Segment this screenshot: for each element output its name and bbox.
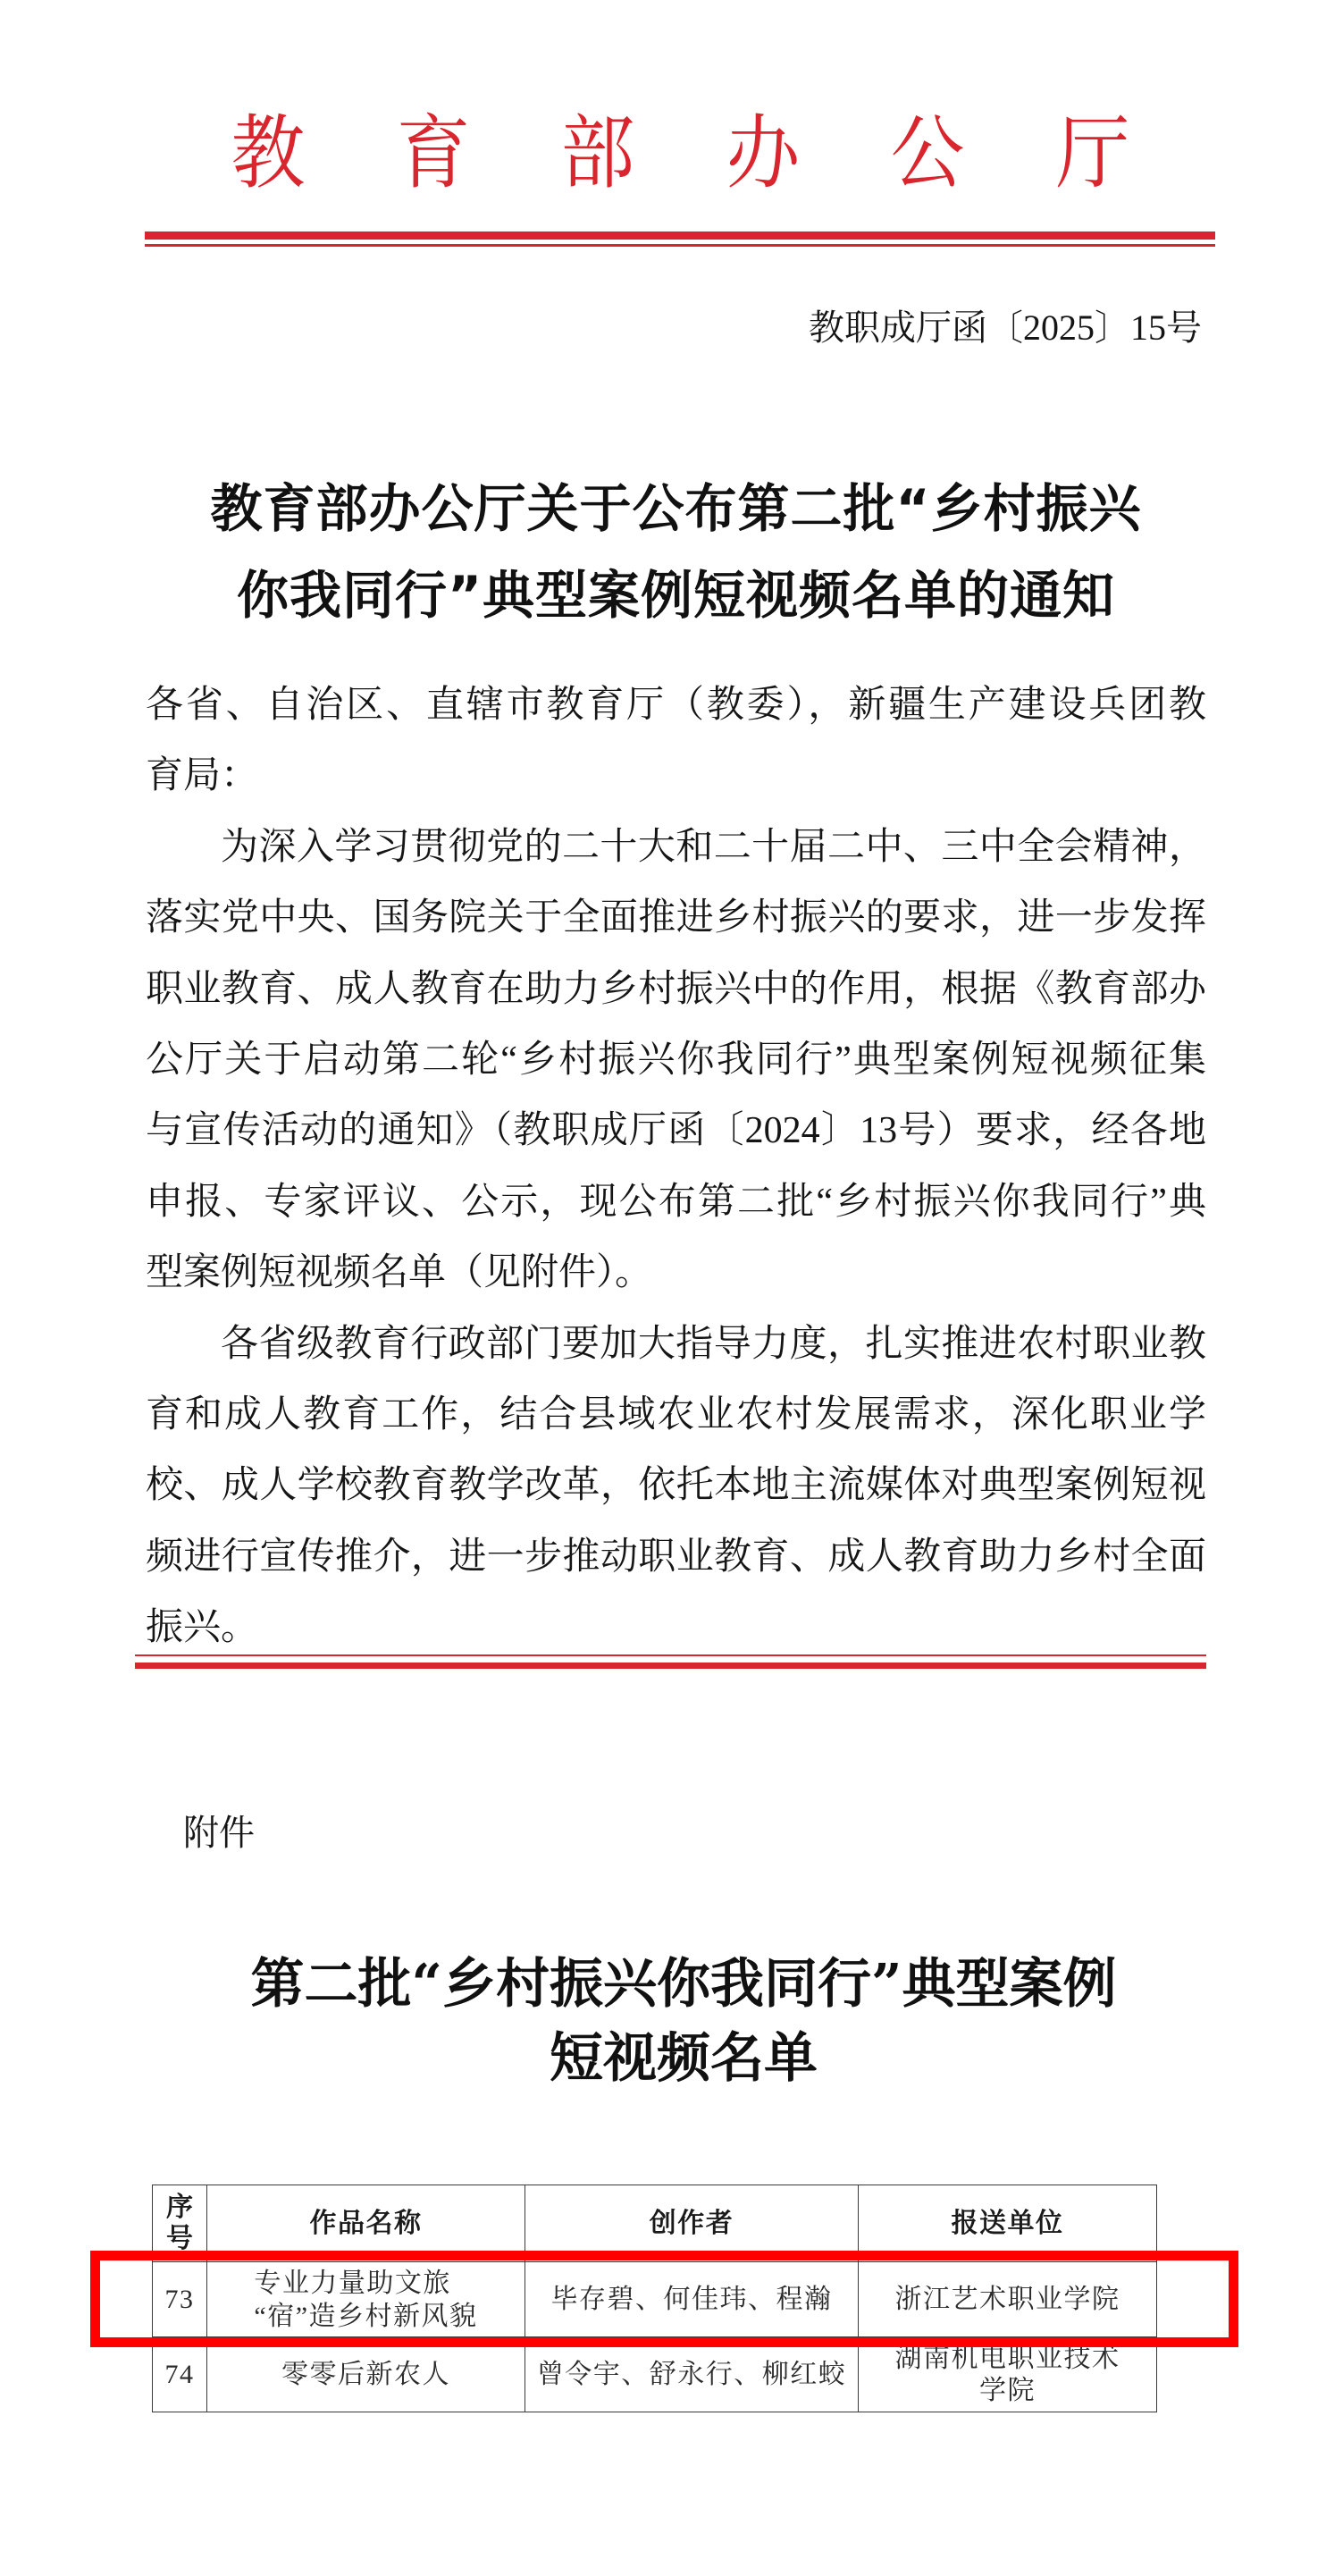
- paragraph-line: 公厅关于启动第二轮“乡村振兴你我同行”典型案例短视频征集: [146, 1025, 1206, 1096]
- column-header-title: 作品名称: [207, 2185, 525, 2262]
- cell-title-text: 零零后新农人: [281, 2358, 450, 2391]
- paragraph-line: 育和成人教育工作，结合县域农业农村发展需求，深化职业学: [146, 1380, 1206, 1451]
- attachment-title-line: 短视频名单: [134, 2022, 1233, 2096]
- column-header-creators: 创作者: [525, 2185, 859, 2262]
- cell-title: 零零后新农人: [207, 2337, 525, 2412]
- cell-creators: 毕存碧、何佳玮、程瀚: [525, 2262, 859, 2337]
- paragraph-line: 申报、专家评议、公示，现公布第二批“乡村振兴你我同行”典: [146, 1167, 1206, 1238]
- table-row: 73 专业力量助文旅 “宿”造乡村新风貌 毕存碧、何佳玮、程瀚 浙江艺术职业学院: [153, 2262, 1157, 2337]
- letterhead-rule-thin: [145, 244, 1215, 247]
- cell-unit-text: 浙江艺术职业学院: [895, 2284, 1120, 2316]
- footer-rule-thick: [135, 1663, 1206, 1669]
- paragraph-line: 校、成人学校教育教学改革，依托本地主流媒体对典型案例短视: [146, 1451, 1206, 1521]
- column-header-no: 序号: [153, 2185, 207, 2262]
- paragraph-line: 频进行宣传推介，进一步推动职业教育、成人教育助力乡村全面: [146, 1522, 1206, 1593]
- attachment-title: 第二批“乡村振兴你我同行”典型案例 短视频名单: [134, 1948, 1233, 2096]
- paragraph-line: 落实党中央、国务院关于全面推进乡村振兴的要求，进一步发挥: [146, 883, 1206, 954]
- letterhead-char: 教: [229, 105, 307, 203]
- cell-unit-text: 湖南机电职业技术 学院: [895, 2343, 1120, 2407]
- table-row: 74 零零后新农人 曾令宇、舒永行、柳红蛟 湖南机电职业技术 学院: [153, 2337, 1157, 2412]
- letterhead-char: 育: [393, 105, 472, 203]
- cell-no: 74: [153, 2337, 207, 2412]
- letterhead-char: 公: [888, 105, 967, 203]
- paragraph-line: 各省级教育行政部门要加大指导力度，扎实推进农村职业教: [146, 1309, 1206, 1380]
- attachment-title-line: 第二批“乡村振兴你我同行”典型案例: [134, 1948, 1233, 2022]
- notice-title-line: 你我同行”典型案例短视频名单的通知: [146, 552, 1206, 639]
- cell-creators: 曾令宇、舒永行、柳红蛟: [525, 2337, 859, 2412]
- letterhead-org-name: 教 育 部 办 公 厅: [225, 105, 1136, 203]
- salutation-line: 育局：: [146, 741, 1206, 812]
- paragraph-line: 职业教育、成人教育在助力乡村振兴中的作用，根据《教育部办: [146, 955, 1206, 1025]
- salutation-line: 各省、自治区、直辖市教育厅（教委），新疆生产建设兵团教: [146, 670, 1206, 741]
- cell-no: 73: [153, 2262, 207, 2337]
- document-number: 教职成厅函〔2025〕15号: [809, 307, 1202, 349]
- paragraph-line: 振兴。: [146, 1593, 1206, 1663]
- document-page: 教 育 部 办 公 厅 教职成厅函〔2025〕15号 教育部办公厅关于公布第二批…: [0, 0, 1326, 2576]
- table-header-row: 序号 作品名称 创作者 报送单位: [153, 2185, 1157, 2262]
- cell-unit: 浙江艺术职业学院: [859, 2262, 1157, 2337]
- paragraph-line: 型案例短视频名单（见附件）。: [146, 1238, 1206, 1309]
- letterhead-rule-thick: [145, 232, 1215, 240]
- footer-rule-thin: [135, 1654, 1206, 1656]
- letterhead-char: 办: [724, 105, 802, 203]
- attachment-label: 附件: [183, 1812, 255, 1855]
- paragraph-line: 为深入学习贯彻党的二十大和二十届二中、三中全会精神，: [146, 812, 1206, 883]
- paragraph-line: 与宣传活动的通知》（教职成厅函〔2024〕13号）要求，经各地: [146, 1096, 1206, 1166]
- cell-unit: 湖南机电职业技术 学院: [859, 2337, 1157, 2412]
- column-header-unit: 报送单位: [859, 2185, 1157, 2262]
- letterhead-char: 厅: [1053, 105, 1132, 203]
- case-list-table: 序号 作品名称 创作者 报送单位 73 专业力量助文旅 “宿”造乡村新风貌 毕存…: [152, 2185, 1157, 2412]
- notice-title-line: 教育部办公厅关于公布第二批“乡村振兴: [146, 466, 1206, 552]
- notice-title: 教育部办公厅关于公布第二批“乡村振兴 你我同行”典型案例短视频名单的通知: [146, 466, 1206, 639]
- letterhead-char: 部: [558, 105, 637, 203]
- notice-body: 各省、自治区、直辖市教育厅（教委），新疆生产建设兵团教 育局： 为深入学习贯彻党…: [146, 670, 1206, 1663]
- cell-title: 专业力量助文旅 “宿”造乡村新风貌: [207, 2262, 525, 2337]
- column-header-no-label: 序号: [166, 2192, 193, 2254]
- cell-title-text: 专业力量助文旅 “宿”造乡村新风貌: [254, 2267, 477, 2333]
